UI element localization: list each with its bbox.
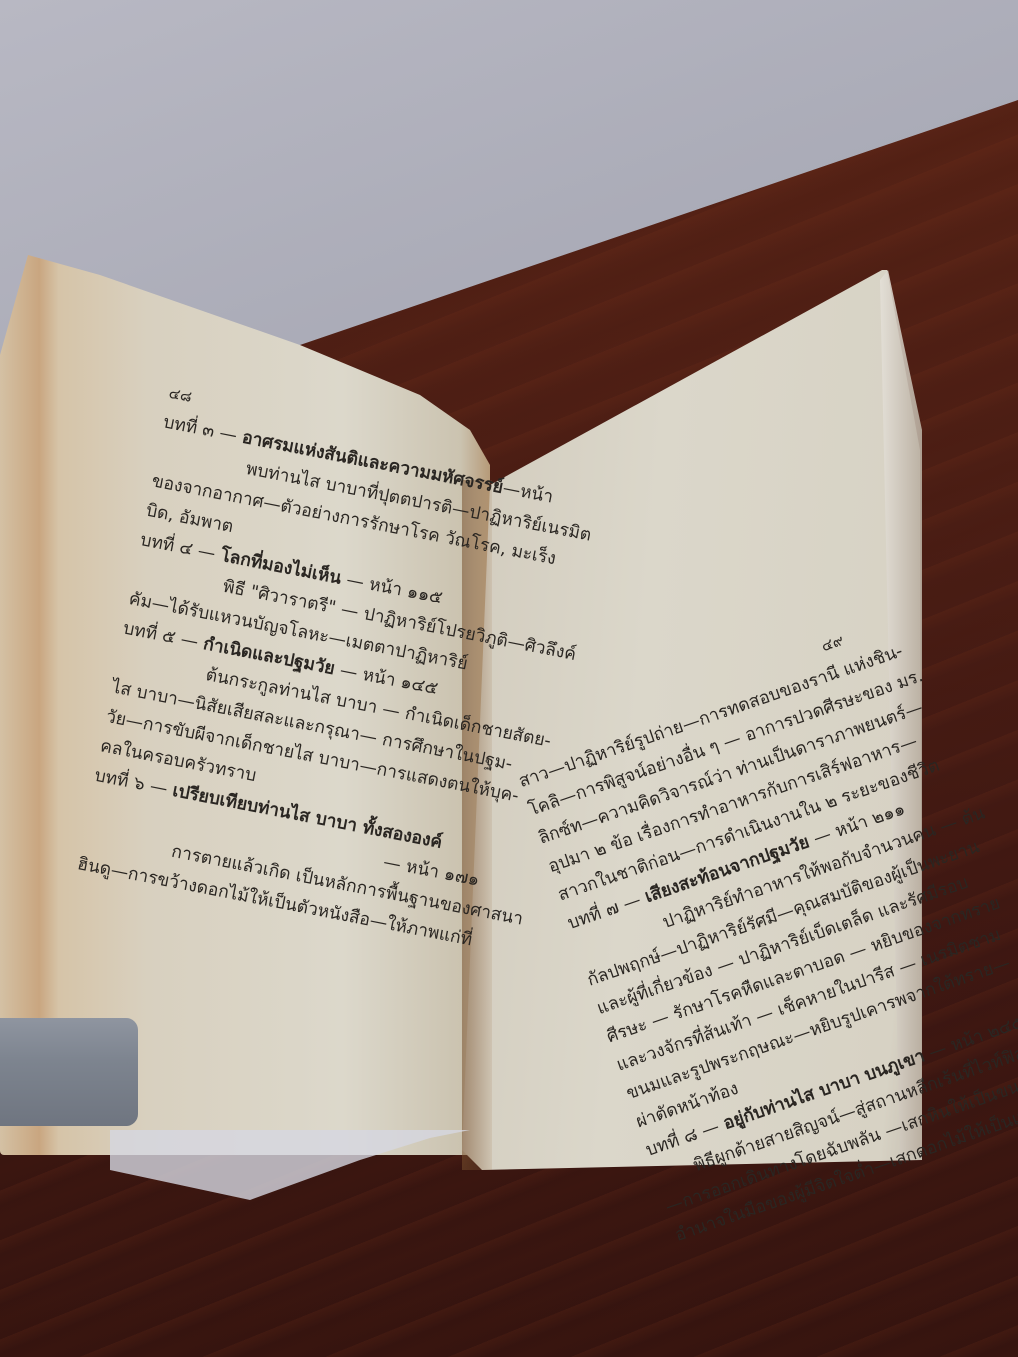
left-page-text: ๔๘ บทที่ ๓ — อาศรมแห่งสันติและความมหัศจร… xyxy=(75,378,613,964)
page-clip xyxy=(0,1018,138,1126)
